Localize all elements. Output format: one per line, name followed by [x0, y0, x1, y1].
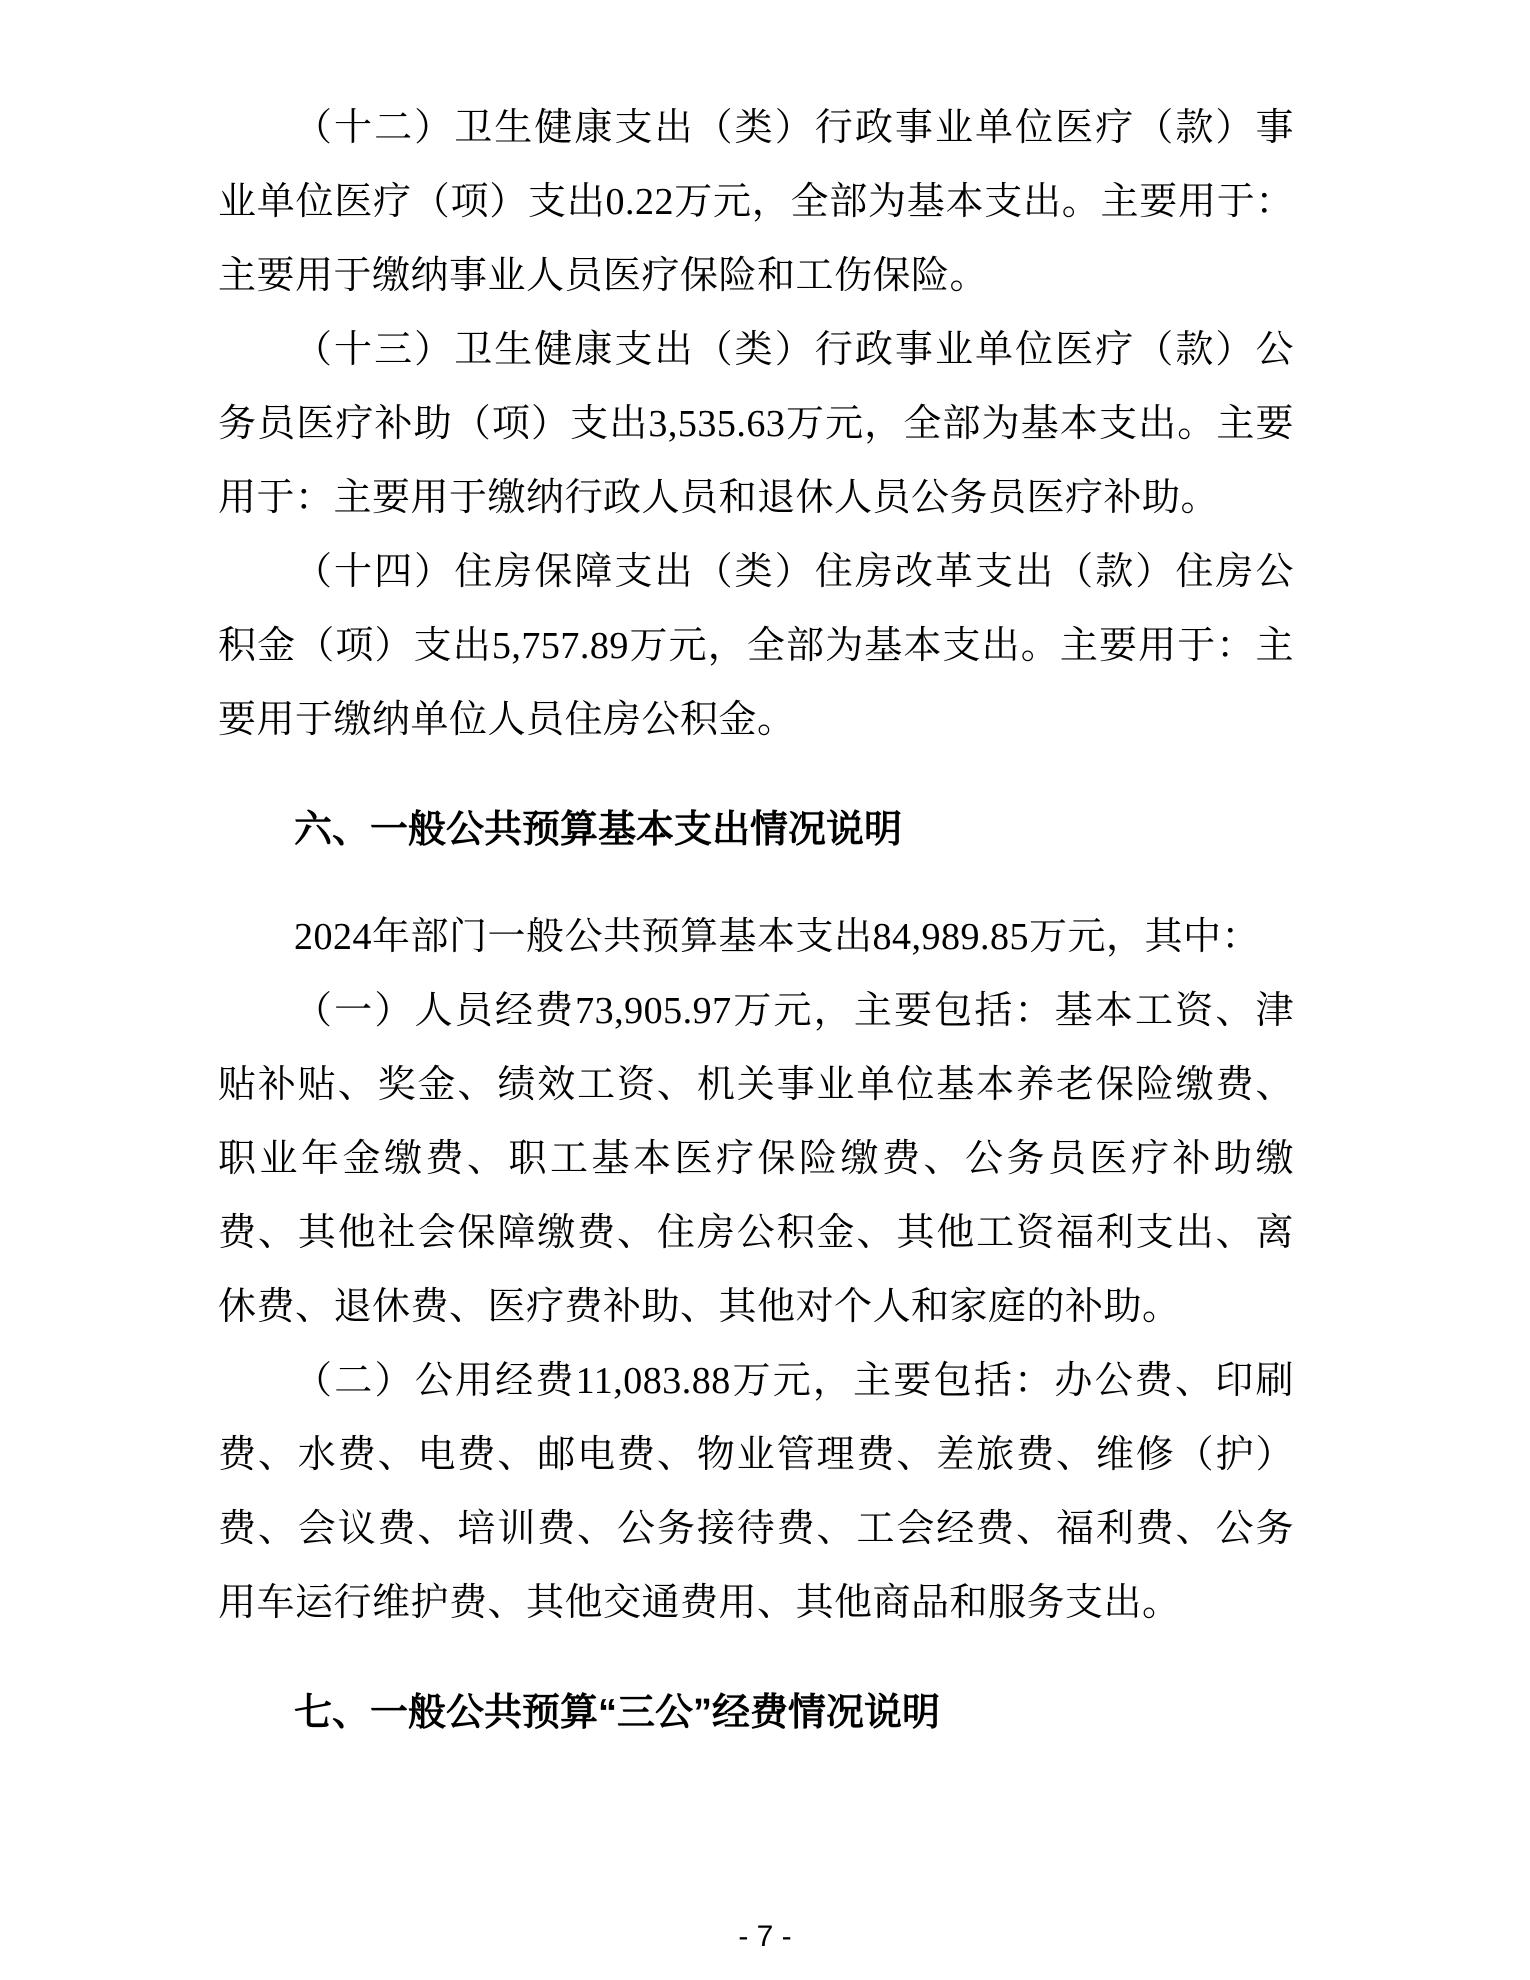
- paragraph-personnel-funds: （一）人员经费73,905.97万元，主要包括：基本工资、津贴补贴、奖金、绩效工…: [218, 974, 1294, 1344]
- paragraph-item-14-housing-expenditure: （十四）住房保障支出（类）住房改革支出（款）住房公积金（项）支出5,757.89…: [218, 535, 1294, 757]
- document-content: （十二）卫生健康支出（类）行政事业单位医疗（款）事业单位医疗（项）支出0.22万…: [218, 0, 1294, 1783]
- paragraph-item-12-health-expenditure: （十二）卫生健康支出（类）行政事业单位医疗（款）事业单位医疗（项）支出0.22万…: [218, 91, 1294, 313]
- heading-section-six-basic-expenditure: 六、一般公共预算基本支出情况说明: [218, 793, 1294, 867]
- heading-section-seven-three-public-funds: 七、一般公共预算“三公”经费情况说明: [218, 1676, 1294, 1750]
- paragraph-basic-expenditure-total: 2024年部门一般公共预算基本支出84,989.85万元，其中：: [218, 900, 1294, 974]
- paragraph-item-13-health-expenditure: （十三）卫生健康支出（类）行政事业单位医疗（款）公务员医疗补助（项）支出3,53…: [218, 313, 1294, 535]
- paragraph-public-funds: （二）公用经费11,083.88万元，主要包括：办公费、印刷费、水费、电费、邮电…: [218, 1344, 1294, 1640]
- page-number: - 7 -: [0, 1917, 1530, 1957]
- document-page: （十二）卫生健康支出（类）行政事业单位医疗（款）事业单位医疗（项）支出0.22万…: [0, 0, 1530, 1980]
